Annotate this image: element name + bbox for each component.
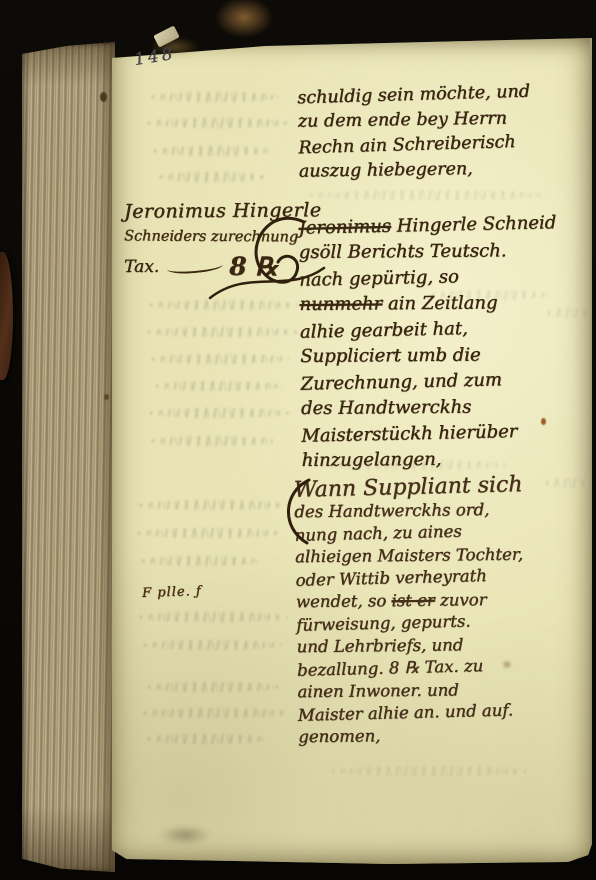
handwritten-line: Jeronimus Hingerle Schneid (298, 210, 556, 242)
handwritten-line: Zurechnung, und zum (300, 366, 558, 398)
handwritten-line: genomen, (298, 723, 527, 748)
book-fore-edge (22, 42, 115, 872)
line-text: ain Zeitlang (382, 292, 497, 314)
tax-amount: 8 ℞ (229, 257, 278, 277)
handwritten-line: nach gepürtig, so (299, 262, 557, 294)
handwritten-line: alhie gearbeit hat, (300, 314, 558, 346)
handwritten-line: hinzugelangen, (302, 446, 560, 474)
stain-headcap (205, 0, 283, 46)
entry-name: Jeronimus Hingerle (124, 199, 322, 223)
tax-dash-flourish (167, 259, 224, 276)
marginal-entry: Jeronimus Hingerle Schneiders zurechnung… (124, 200, 321, 277)
main-paragraph: Jeronimus Hingerle Schneid gsöll Bericht… (298, 211, 559, 475)
handwritten-line: des Handtwerckhs (301, 394, 559, 422)
struck-word: Jeronimus (298, 216, 391, 239)
struck-word: nunmehr (299, 293, 382, 315)
struck-words: ist er (391, 590, 434, 609)
text-block-top: schuldig sein möchte, und zu dem ende be… (297, 81, 532, 186)
line-text: wendet, so (296, 591, 392, 611)
tax-line: Tax. 8 ℞ (124, 257, 321, 277)
line-text: zuvor (435, 590, 487, 610)
handwritten-line: nunmehr ain Zeitlang (299, 290, 557, 318)
entry-role: Schneiders zurechnung (124, 228, 322, 245)
handwritten-line: gsöll Berichts Teutsch. (299, 238, 557, 266)
handwritten-line: Suppliciert umb die (300, 342, 558, 370)
handwritten-line: Maisterstückh hierüber (301, 418, 559, 450)
second-paragraph: Wann Suppliant sich des Handtwerckhs ord… (294, 475, 527, 749)
tax-label: Tax. (124, 257, 159, 277)
leather-clasp (0, 252, 13, 380)
manuscript-photo: 148 schuldig sein möchte, und zu dem end… (0, 0, 596, 880)
margin-note: F plle. ƒ (142, 584, 202, 601)
line-text: Hingerle Schneid (391, 212, 557, 237)
handwritten-line: auszug hiebegeren, (299, 156, 532, 184)
